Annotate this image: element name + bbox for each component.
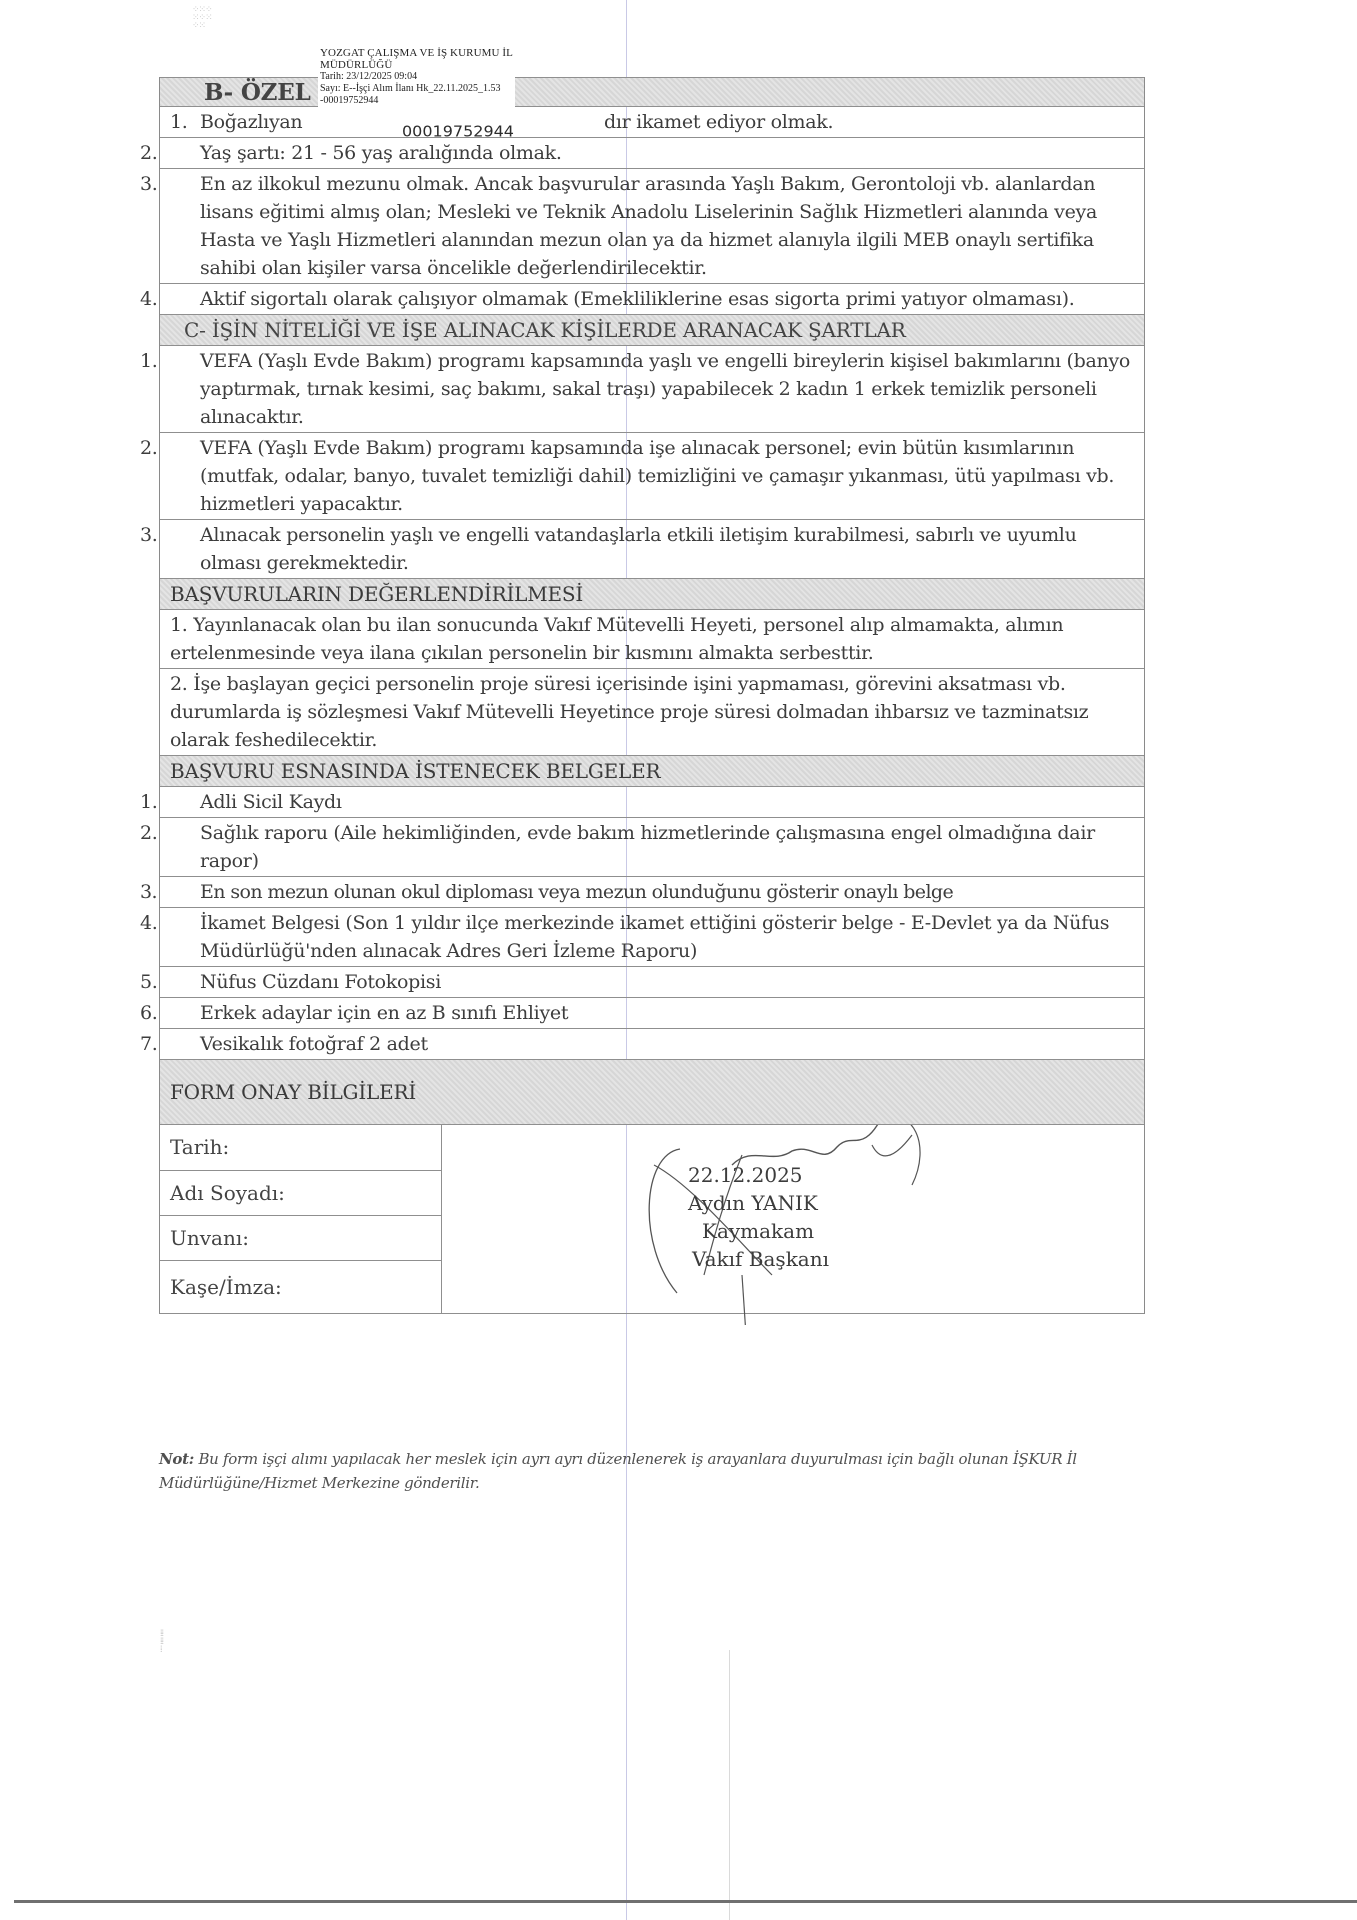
document-item: 2.Sağlık raporu (Aile hekimliğinden, evd… (160, 818, 1144, 877)
document-item: 4.İkamet Belgesi (Son 1 yıldır ilçe merk… (160, 908, 1144, 967)
signatory-name: Aydın YANIK (688, 1189, 829, 1217)
section-b-item: 2.Yaş şartı: 21 - 56 yaş aralığında olma… (160, 138, 1144, 169)
evaluation-item: 1. Yayınlanacak olan bu ilan sonucunda V… (160, 610, 1144, 669)
signatory-block: 22.12.2025 Aydın YANIK Kaymakam Vakıf Ba… (688, 1161, 829, 1273)
document-item: 3.En son mezun olunan okul diploması vey… (160, 877, 1144, 908)
barcode-number: 00019752944 (402, 122, 514, 140)
signatory-role: Vakıf Başkanı (688, 1245, 829, 1273)
signatory-title: Kaymakam (688, 1217, 829, 1245)
section-b-item: 1.Boğazlıyan dır ikamet ediyor olmak. (160, 107, 1144, 138)
document-item: 7.Vesikalık fotoğraf 2 adet (160, 1029, 1144, 1059)
signature-area: 22.12.2025 Aydın YANIK Kaymakam Vakıf Ba… (442, 1125, 1144, 1314)
scan-smudge: ⁘⁙⁘⁙⁘⁙⁘⁙ (192, 6, 212, 30)
section-b-header: B- ÖZEL Ş (160, 77, 1144, 107)
stamp-date: Tarih: 23/12/2025 09:04 (320, 71, 513, 83)
job-posting-form: B- ÖZEL Ş 1.Boğazlıyan dır ikamet ediyor… (159, 77, 1145, 1314)
evaluation-item: 2. İşe başlayan geçici personelin proje … (160, 669, 1144, 755)
signature-date: 22.12.2025 (688, 1161, 829, 1189)
title-label: Unvanı: (160, 1216, 441, 1261)
stamp-institution: YOZGAT ÇALIŞMA VE İŞ KURUMU İL (320, 47, 513, 59)
documents-header: BAŞVURU ESNASINDA İSTENECEK BELGELER (160, 755, 1144, 787)
name-label: Adı Soyadı: (160, 1171, 441, 1216)
form-approval-labels: Tarih: Adı Soyadı: Unvanı: Kaşe/İmza: (160, 1125, 442, 1314)
scan-artifact-line (729, 1650, 730, 1920)
stamp-signature-label: Kaşe/İmza: (160, 1261, 441, 1314)
stamp-institution-line2: MÜDÜRLÜĞÜ (320, 59, 513, 71)
footer-note: Not: Bu form işçi alımı yapılacak her me… (159, 1447, 1159, 1495)
note-text: Bu form işçi alımı yapılacak her meslek … (159, 1450, 1077, 1492)
scan-smudge: ⁞⁞⁞⁞⁞ (160, 1630, 163, 1654)
document-item: 6.Erkek adaylar için en az B sınıfı Ehli… (160, 998, 1144, 1029)
section-c-item: 3.Alınacak personelin yaşlı ve engelli v… (160, 520, 1144, 578)
date-label: Tarih: (160, 1125, 441, 1171)
section-b-item: 4.Aktif sigortalı olarak çalışıyor olmam… (160, 284, 1144, 314)
evaluation-header: BAŞVURULARIN DEĞERLENDİRİLMESİ (160, 578, 1144, 610)
note-label: Not: (159, 1450, 194, 1468)
section-c-item: 1.VEFA (Yaşlı Evde Bakım) programı kapsa… (160, 346, 1144, 433)
stamp-reference: Sayı: E--İşçi Alım İlanı Hk_22.11.2025_1… (320, 83, 513, 95)
section-c-header: C- İŞİN NİTELİĞİ VE İŞE ALINACAK KİŞİLER… (160, 314, 1144, 346)
registry-stamp: YOZGAT ÇALIŞMA VE İŞ KURUMU İL MÜDÜRLÜĞÜ… (318, 47, 515, 107)
form-approval-table: Tarih: Adı Soyadı: Unvanı: Kaşe/İmza: 22… (160, 1125, 1144, 1314)
form-approval-header: FORM ONAY BİLGİLERİ (160, 1059, 1144, 1125)
stamp-reference-suffix: -00019752944 (320, 95, 513, 107)
section-c-item: 2.VEFA (Yaşlı Evde Bakım) programı kapsa… (160, 433, 1144, 520)
scan-bottom-edge (14, 1900, 1357, 1903)
section-b-item: 3.En az ilkokul mezunu olmak. Ancak başv… (160, 169, 1144, 284)
document-item: 5.Nüfus Cüzdanı Fotokopisi (160, 967, 1144, 998)
document-item: 1.Adli Sicil Kaydı (160, 787, 1144, 818)
